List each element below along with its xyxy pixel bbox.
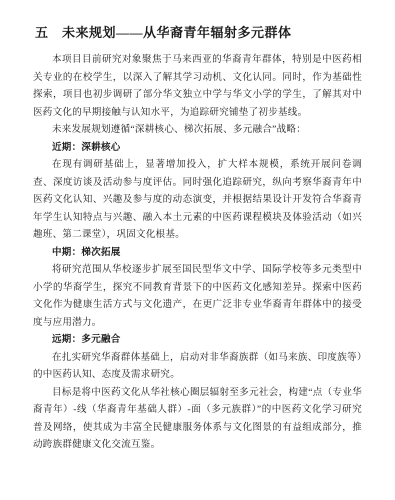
- document-page: 五 未来规划——从华裔青年辐射多元群体 本项目目前研究对象聚焦于马来西亚的华裔青…: [0, 0, 395, 500]
- subsection-heading-mid-term: 中期：梯次拓展: [33, 245, 362, 263]
- subsection-heading-near-term: 近期：深耕核心: [33, 140, 362, 158]
- paragraph-mid-term: 将研究范围从华校逐步扩展至国民型华文中学、国际学校等多元类型中小学的华裔学生，探…: [33, 262, 362, 332]
- paragraph-near-term: 在现有调研基础上，显著增加投入，扩大样本规模，系统开展问卷调查、深度访谈及活动参…: [33, 157, 362, 245]
- paragraph-goal: 目标是将中医药文化从华社核心圈层辐射至多元社会，构建“点（专业华裔青年）-线（华…: [33, 385, 362, 455]
- paragraph-strategy: 未来发展规划遵循“深耕核心、梯次拓展、多元融合”战略：: [33, 122, 362, 140]
- subsection-heading-long-term: 远期：多元融合: [33, 332, 362, 350]
- paragraph-intro: 本项目目前研究对象聚焦于马来西亚的华裔青年群体，特别是中医药相关专业的在校学生，…: [33, 52, 362, 122]
- paragraph-long-term: 在扎实研究华裔群体基础上，启动对非华裔族群（如马来族、印度族等）的中医药认知、态…: [33, 350, 362, 385]
- section-title: 五 未来规划——从华裔青年辐射多元群体: [35, 24, 362, 42]
